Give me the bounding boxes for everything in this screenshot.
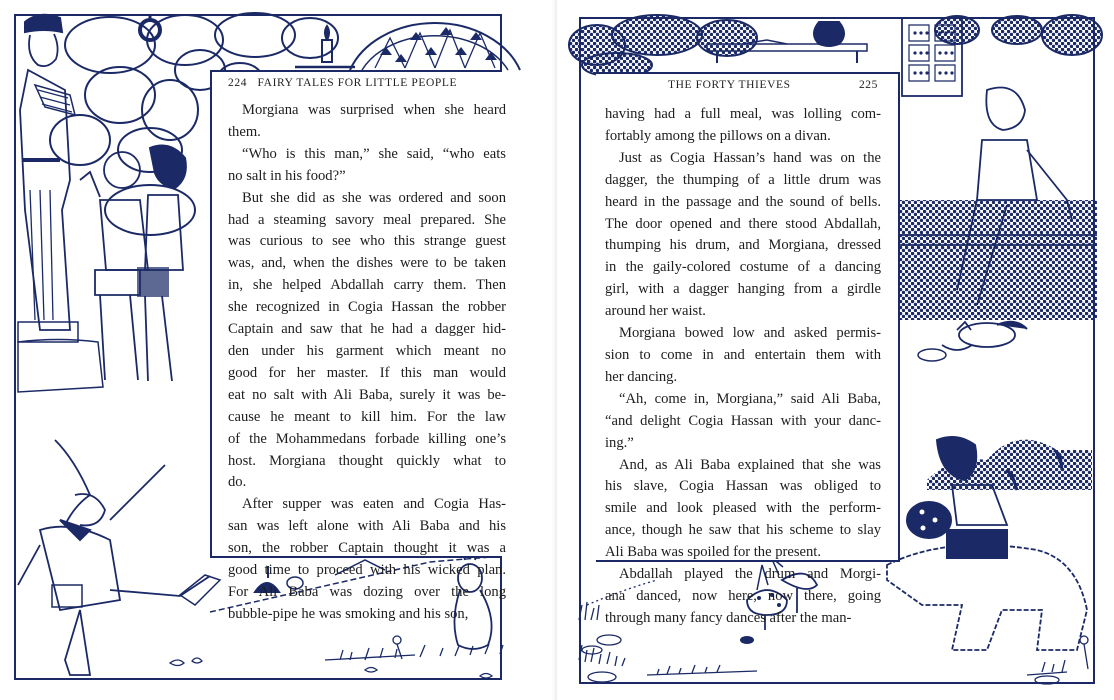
right-body-text: having had a full meal, was lolling com-… (605, 104, 881, 630)
text-line: bubble-pipe he was smoking and his son, (228, 604, 506, 626)
text-line: his slave, Cogia Hassan was obliged to (605, 476, 881, 498)
right-text-panel: THE FORTY THIEVES 225 having had a full … (596, 72, 900, 562)
book-spread: 224 FAIRY TALES FOR LITTLE PEOPLE Morgia… (0, 0, 1114, 700)
paragraph: But she did as she was ordered and soonh… (228, 188, 506, 495)
text-line: dagger, the thumping of a little drum wa… (605, 170, 881, 192)
text-line: host. Morgiana thought quickly what to (228, 451, 506, 473)
text-line: “Ah, come in, Morgiana,” said Ali Baba, (605, 389, 881, 411)
left-text-panel: 224 FAIRY TALES FOR LITTLE PEOPLE Morgia… (210, 70, 502, 558)
text-line: fortably among the pillows on a divan. (605, 126, 881, 148)
text-line: The door opened and there stood Abdallah… (605, 214, 881, 236)
text-line: Ali Baba was spoiled for the present. (605, 542, 881, 564)
text-line: Just as Cogia Hassan’s hand was on the (605, 148, 881, 170)
right-page-number: 225 (859, 79, 878, 91)
text-line: her dancing. (605, 367, 881, 389)
text-line: “Who is this man,” she said, “who eats (228, 144, 506, 166)
text-line: girl, with a dagger hanging from a girdl… (605, 279, 881, 301)
paragraph: “Ah, come in, Morgiana,” said Ali Baba,“… (605, 389, 881, 455)
text-line: do. (228, 472, 506, 494)
text-line: Morgiana was surprised when she heard (228, 100, 506, 122)
text-line: den under his garment which meant no (228, 341, 506, 363)
text-line: sion to come in and entertain them with (605, 345, 881, 367)
text-line: having had a full meal, was lolling com- (605, 104, 881, 126)
text-line: through many fancy dances after the man- (605, 608, 881, 630)
text-line: good for her master. If this man would (228, 363, 506, 385)
text-line: Captain and saw that he had a dagger hid… (228, 319, 506, 341)
text-line: in the gaily-colored costume of a dancin… (605, 257, 881, 279)
paragraph: Morgiana was surprised when she heardthe… (228, 100, 506, 144)
text-line: ing.” (605, 433, 881, 455)
text-line: But she did as she was ordered and soon (228, 188, 506, 210)
paragraph: Abdallah played the drum and Morgi-ana d… (605, 564, 881, 630)
text-line: no salt in his food?” (228, 166, 506, 188)
paragraph: Just as Cogia Hassan’s hand was on theda… (605, 148, 881, 323)
paragraph: having had a full meal, was lolling com-… (605, 104, 881, 148)
paragraph: And, as Ali Baba explained that she wash… (605, 455, 881, 565)
paragraph: After supper was eaten and Cogia Has-san… (228, 494, 506, 625)
text-line: was, and, when the dishes were to be tak… (228, 253, 506, 275)
text-line: of the Mohammedans forbade killing one’s (228, 429, 506, 451)
text-line: in, she helped Abdallah carry them. Then (228, 275, 506, 297)
text-line: After supper was eaten and Cogia Has- (228, 494, 506, 516)
text-line: son, the robber Captain thought it was a (228, 538, 506, 560)
text-line: had a steaming savory meal prepared. She (228, 210, 506, 232)
text-line: smile and look pleased with the perform- (605, 498, 881, 520)
text-line: she recognized in Cogia Hassan the robbe… (228, 297, 506, 319)
right-book-title: THE FORTY THIEVES (668, 79, 791, 91)
left-body-text: Morgiana was surprised when she heardthe… (228, 100, 506, 626)
text-line: was curious to see who this strange gues… (228, 231, 506, 253)
left-book-title: FAIRY TALES FOR LITTLE PEOPLE (258, 77, 458, 89)
text-line: And, as Ali Baba explained that she was (605, 455, 881, 477)
paragraph: “Who is this man,” she said, “who eatsno… (228, 144, 506, 188)
text-line: ana danced, now here, now there, going (605, 586, 881, 608)
text-line: cause he meant to kill him. For the law (228, 407, 506, 429)
text-line: good time to proceed with his wicked pla… (228, 560, 506, 582)
text-line: For Ali Baba was dozing over the long (228, 582, 506, 604)
right-page: THE FORTY THIEVES 225 having had a full … (557, 0, 1114, 700)
left-page-number: 224 (228, 77, 247, 89)
text-line: Morgiana bowed low and asked permis- (605, 323, 881, 345)
left-running-head: 224 FAIRY TALES FOR LITTLE PEOPLE (228, 77, 457, 89)
text-line: Abdallah played the drum and Morgi- (605, 564, 881, 586)
text-line: them. (228, 122, 506, 144)
text-line: thumping his drum, and Morgiana, dressed (605, 235, 881, 257)
text-line: ance, though he saw that his scheme to s… (605, 520, 881, 542)
text-line: heard in the passage and the sound of be… (605, 192, 881, 214)
paragraph: Morgiana bowed low and asked permis-sion… (605, 323, 881, 389)
text-line: around her waist. (605, 301, 881, 323)
text-line: san was left alone with Ali Baba and his (228, 516, 506, 538)
left-page: 224 FAIRY TALES FOR LITTLE PEOPLE Morgia… (0, 0, 557, 700)
text-line: “and delight Cogia Hassan with your danc… (605, 411, 881, 433)
text-line: eat no salt with Ali Baba, surely it was… (228, 385, 506, 407)
